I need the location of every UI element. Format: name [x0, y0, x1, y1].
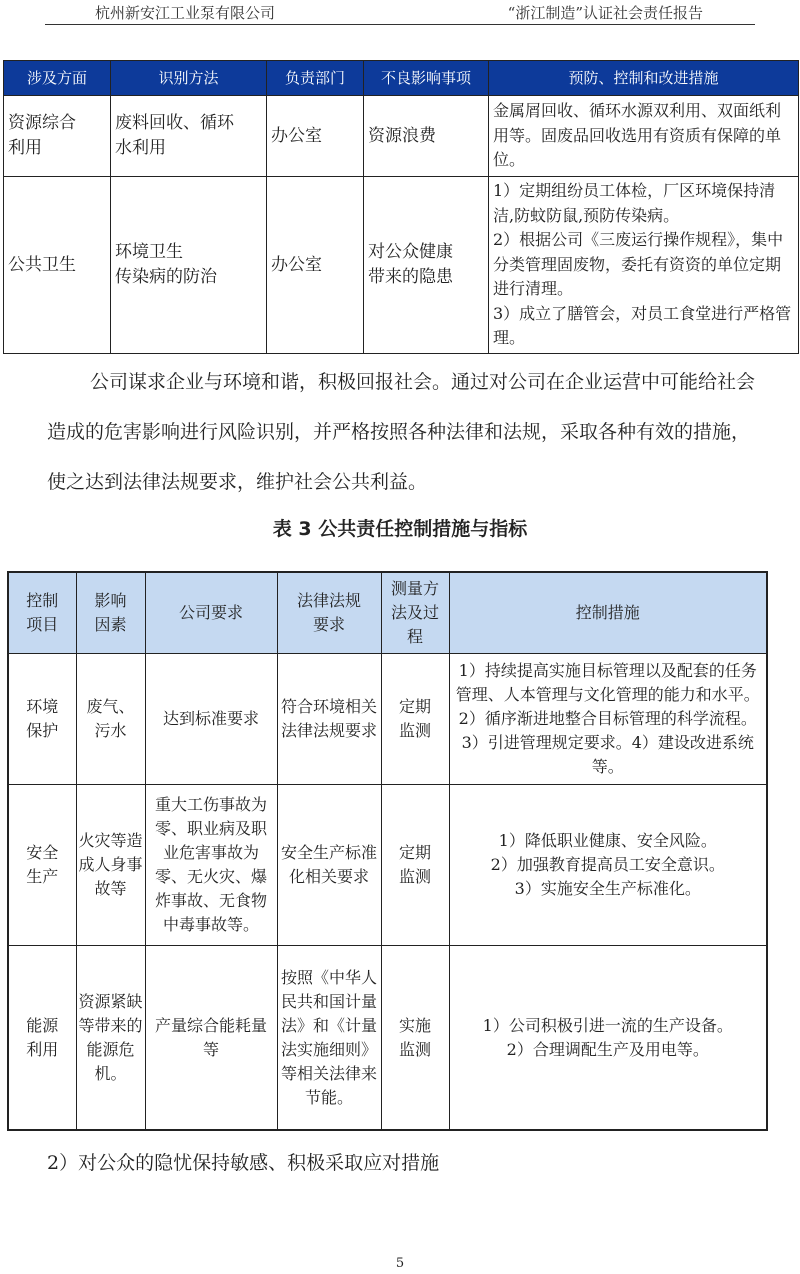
department-cell: 办公室 — [267, 177, 364, 354]
aspect-cell: 资源综合 利用 — [4, 96, 111, 177]
method-cell: 环境卫生 传染病的防治 — [111, 177, 267, 354]
paragraph-text: 公司谋求企业与环境和谐，积极回报社会。通过对公司在企业运营中可能给社会造成的危害… — [47, 371, 755, 493]
page-number: 5 — [0, 1256, 800, 1271]
public-responsibility-table: 控制 项目 影响 因素 公司要求 法律法规 要求 测量方 法及过 程 控制措施 … — [7, 571, 768, 1131]
column-header: 控制措施 — [449, 572, 767, 654]
table-header-row: 涉及方面 识别方法 负责部门 不良影响事项 预防、控制和改进措施 — [4, 61, 799, 96]
column-header: 预防、控制和改进措施 — [489, 61, 799, 96]
column-header: 涉及方面 — [4, 61, 111, 96]
report-title: “浙江制造”认证社会责任报告 — [508, 2, 703, 23]
table-row: 环境 保护 废气、 污水 达到标准要求 符合环境相关法律法规要求 定期 监测 1… — [8, 654, 767, 785]
table-row: 能源 利用 资源紧缺等带来的能源危机。 产量综合能耗量等 按照《中华人民共和国计… — [8, 946, 767, 1131]
requirement-cell: 产量综合能耗量等 — [145, 946, 277, 1131]
law-cell: 按照《中华人民共和国计量法》和《计量法实施细则》等相关法律来节能。 — [277, 946, 381, 1131]
department-cell: 办公室 — [267, 96, 364, 177]
item-cell: 环境 保护 — [8, 654, 76, 785]
table-row: 公共卫生 环境卫生 传染病的防治 办公室 对公众健康 带来的隐患 1）定期组纷员… — [4, 177, 799, 354]
item-cell: 安全 生产 — [8, 785, 76, 946]
law-cell: 安全生产标准化相关要求 — [277, 785, 381, 946]
column-header: 不良影响事项 — [364, 61, 489, 96]
impact-cell: 对公众健康 带来的隐患 — [364, 177, 489, 354]
factor-cell: 火灾等造成人身事故等 — [76, 785, 145, 946]
page-header: 杭州新安江工业泵有限公司 “浙江制造”认证社会责任报告 — [45, 0, 755, 25]
measures-cell: 金属屑回收、循环水源双利用、双面纸利用等。固废品回收选用有资质有保障的单位。 — [489, 96, 799, 177]
column-header: 公司要求 — [145, 572, 277, 654]
item-cell: 能源 利用 — [8, 946, 76, 1131]
table-header-row: 控制 项目 影响 因素 公司要求 法律法规 要求 测量方 法及过 程 控制措施 — [8, 572, 767, 654]
table-row: 资源综合 利用 废料回收、循环 水利用 办公室 资源浪费 金属屑回收、循环水源双… — [4, 96, 799, 177]
impact-cell: 资源浪费 — [364, 96, 489, 177]
column-header: 法律法规 要求 — [277, 572, 381, 654]
method-cell: 废料回收、循环 水利用 — [111, 96, 267, 177]
resource-hygiene-table: 涉及方面 识别方法 负责部门 不良影响事项 预防、控制和改进措施 资源综合 利用… — [3, 60, 799, 354]
control-cell: 1）持续提高实施目标管理以及配套的任务管理、人本管理与文化管理的能力和水平。2）… — [449, 654, 767, 785]
control-cell: 1）降低职业健康、安全风险。 2）加强教育提高员工安全意识。 3）实施安全生产标… — [449, 785, 767, 946]
control-cell: 1）公司积极引进一流的生产设备。 2）合理调配生产及用电等。 — [449, 946, 767, 1131]
measurement-cell: 定期 监测 — [381, 654, 449, 785]
measurement-cell: 定期 监测 — [381, 785, 449, 946]
column-header: 负责部门 — [267, 61, 364, 96]
body-paragraph: 公司谋求企业与环境和谐，积极回报社会。通过对公司在企业运营中可能给社会造成的危害… — [47, 357, 757, 507]
aspect-cell: 公共卫生 — [4, 177, 111, 354]
column-header: 控制 项目 — [8, 572, 76, 654]
table-caption: 表 3 公共责任控制措施与指标 — [0, 514, 800, 541]
factor-cell: 资源紧缺等带来的能源危机。 — [76, 946, 145, 1131]
requirement-cell: 重大工伤事故为零、职业病及职业危害事故为零、无火灾、爆炸事故、无食物中毒事故等。 — [145, 785, 277, 946]
measurement-cell: 实施 监测 — [381, 946, 449, 1131]
measures-cell: 1）定期组纷员工体检，厂区环境保持清洁,防蚊防鼠,预防传染病。 2）根据公司《三… — [489, 177, 799, 354]
table-row: 安全 生产 火灾等造成人身事故等 重大工伤事故为零、职业病及职业危害事故为零、无… — [8, 785, 767, 946]
column-header: 测量方 法及过 程 — [381, 572, 449, 654]
factor-cell: 废气、 污水 — [76, 654, 145, 785]
law-cell: 符合环境相关法律法规要求 — [277, 654, 381, 785]
requirement-cell: 达到标准要求 — [145, 654, 277, 785]
column-header: 影响 因素 — [76, 572, 145, 654]
section-subheading: 2）对公众的隐忧保持敏感、积极采取应对措施 — [47, 1148, 439, 1175]
company-name: 杭州新安江工业泵有限公司 — [95, 2, 275, 23]
column-header: 识别方法 — [111, 61, 267, 96]
